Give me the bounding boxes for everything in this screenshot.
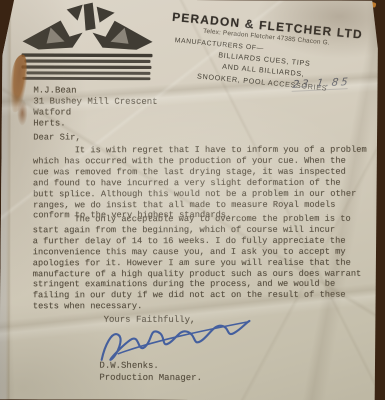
body-line: The only acceptable way to overcome the … (33, 214, 361, 225)
signature-ink (94, 312, 255, 368)
letter-photo: PERADON & FLETCHER LTD Telex: Peradon Fl… (0, 0, 385, 400)
recipient-line: M.J.Bean (33, 85, 157, 96)
rust-stain-small (17, 99, 27, 125)
recipient-address: M.J.Bean 31 Bushey Mill Crescent Watford… (33, 85, 157, 129)
body-line: butt splice. Although this would not be … (33, 188, 367, 199)
recipient-line: Watford (33, 107, 157, 118)
body-line: which has occurred with the production o… (33, 156, 367, 167)
body-line: start again from the beginning, which of… (33, 225, 361, 236)
body-line: and found to have incurred a very slight… (33, 177, 367, 188)
signed-name: D.W.Shenks. (99, 361, 158, 371)
salutation: Dear Sir, (33, 132, 81, 142)
body-line: tests when necessary. (33, 301, 361, 312)
body-line: apologies for it. However I am sure you … (33, 257, 361, 268)
body-paragraph-1: It is with regret that I have to inform … (33, 145, 367, 222)
recipient-line: 31 Bushey Mill Crescent (33, 96, 157, 107)
signed-title: Production Manager. (99, 373, 202, 383)
body-line: ranges, we do insist that all made to me… (33, 199, 367, 210)
letter-paper: PERADON & FLETCHER LTD Telex: Peradon Fl… (0, 0, 385, 400)
company-logo-birds-icon (20, 1, 154, 81)
recipient-line: Herts. (33, 118, 157, 129)
body-line: inconvenience this may cause you, and I … (33, 246, 361, 257)
body-line: failing in our duty if we did not act on… (33, 290, 361, 301)
body-line: a further delay of 14 to 16 weeks. I do … (33, 236, 361, 247)
body-paragraph-2: The only acceptable way to overcome the … (33, 214, 362, 313)
body-line: It is with regret that I have to inform … (33, 145, 367, 156)
body-line: cue was removed from the last drying sta… (33, 167, 367, 178)
